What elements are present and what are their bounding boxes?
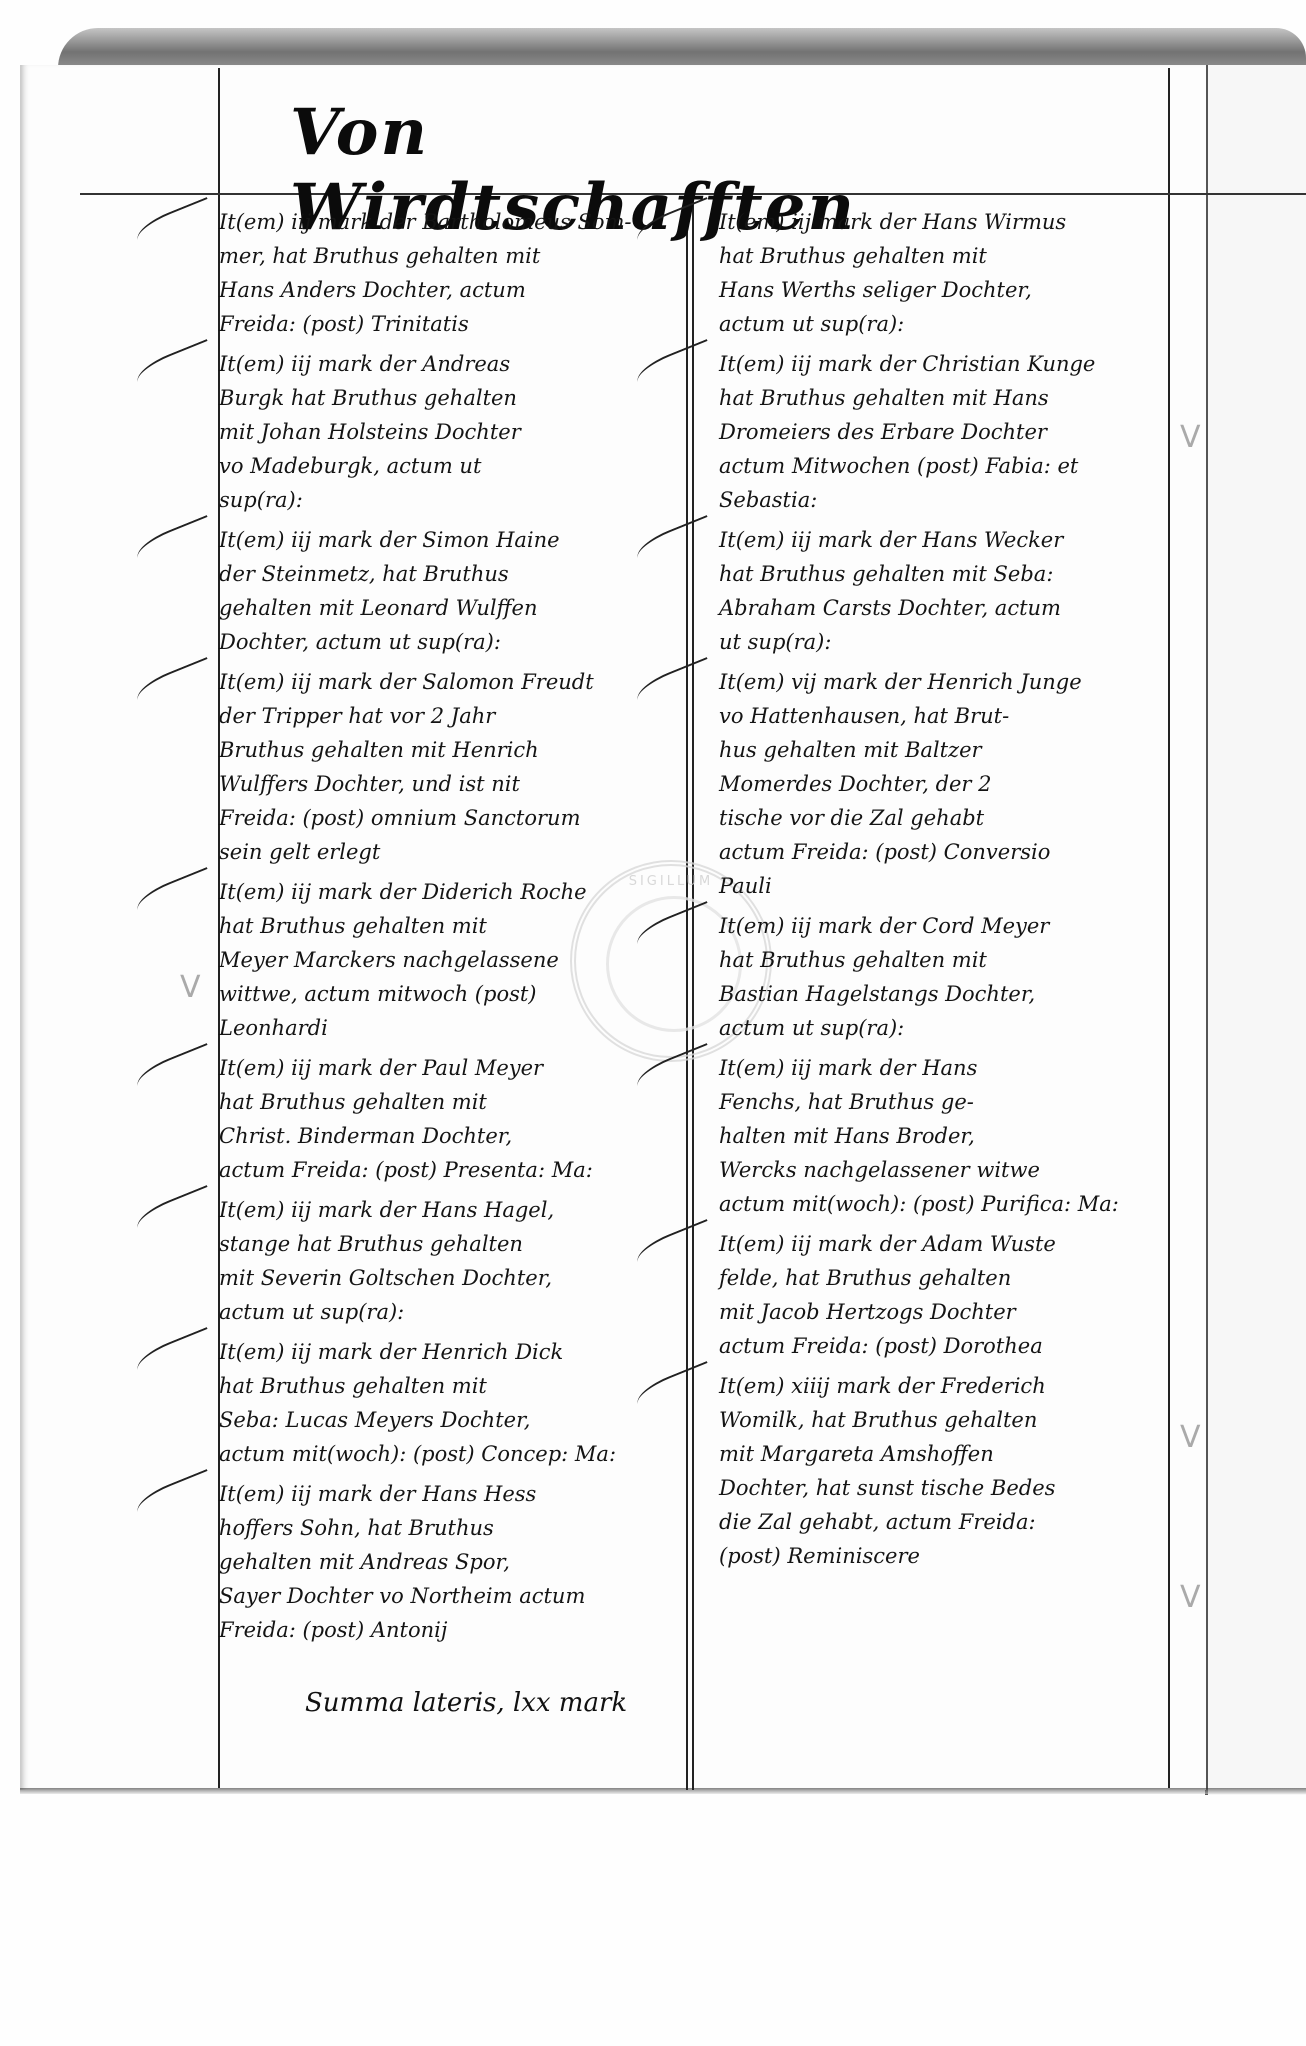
ledger-entry: It(em) iij mark der Christian Kunge hat … bbox=[705, 347, 1175, 517]
entry-line: actum Freida: (post) Dorothea bbox=[705, 1329, 1175, 1363]
entry-line: vo Hattenhausen, hat Brut- bbox=[705, 699, 1175, 733]
ledger-entry: It(em) iij mark der Hans Wirmus hat Brut… bbox=[705, 205, 1175, 341]
entry-line: It(em) iij mark der Adam Wuste bbox=[705, 1227, 1175, 1261]
margin-tick-mark: V bbox=[1180, 1420, 1201, 1455]
entry-line: actum ut sup(ra): bbox=[705, 307, 1175, 341]
entry-line: It(em) iij mark der Diderich Roche bbox=[205, 875, 675, 909]
adjacent-page-edge bbox=[1205, 65, 1306, 1795]
entry-line: mit Severin Goltschen Dochter, bbox=[205, 1261, 675, 1295]
right-column: It(em) iij mark der Hans Wirmus hat Brut… bbox=[705, 205, 1175, 1579]
entry-line: actum Mitwochen (post) Fabia: et bbox=[705, 449, 1175, 483]
entry-line: It(em) iij mark der Hans Wecker bbox=[705, 523, 1175, 557]
entry-line: Sebastia: bbox=[705, 483, 1175, 517]
entry-line: actum Freida: (post) Conversio bbox=[705, 835, 1175, 869]
entry-line: actum Freida: (post) Presenta: Ma: bbox=[205, 1153, 675, 1187]
entry-line: Hans Anders Dochter, actum bbox=[205, 273, 675, 307]
ledger-entry: It(em) iij mark der Hans Fenchs, hat Bru… bbox=[705, 1051, 1175, 1221]
entry-line: It(em) iij mark der Paul Meyer bbox=[205, 1051, 675, 1085]
ledger-entry: It(em) iij mark der Henrich Dick hat Bru… bbox=[205, 1335, 675, 1471]
entry-line: stange hat Bruthus gehalten bbox=[205, 1227, 675, 1261]
ledger-entry: It(em) iij mark der Paul Meyer hat Bruth… bbox=[205, 1051, 675, 1187]
ledger-entry: It(em) iij mark der Hans Hagel, stange h… bbox=[205, 1193, 675, 1329]
entry-line: Womilk, hat Bruthus gehalten bbox=[705, 1403, 1175, 1437]
entry-line: hat Bruthus gehalten mit bbox=[205, 1369, 675, 1403]
page-bottom-shadow bbox=[20, 1788, 1306, 1794]
entry-line: Dromeiers des Erbare Dochter bbox=[705, 415, 1175, 449]
entry-line: hat Bruthus gehalten mit bbox=[705, 943, 1175, 977]
entry-line: sein gelt erlegt bbox=[205, 835, 675, 869]
entry-line: It(em) iij mark der Bartholomeus Som- bbox=[205, 205, 675, 239]
ledger-entry: It(em) iij mark der Diderich Roche hat B… bbox=[205, 875, 675, 1045]
page-total-summary: Summa lateris, lxx mark bbox=[305, 1688, 627, 1718]
entry-line: actum ut sup(ra): bbox=[205, 1295, 675, 1329]
entry-line: der Steinmetz, hat Bruthus bbox=[205, 557, 675, 591]
entry-line: It(em) iij mark der Hans bbox=[705, 1051, 1175, 1085]
ledger-entry: It(em) xiiij mark der Frederich Womilk, … bbox=[705, 1369, 1175, 1573]
entry-line: Meyer Marckers nachgelassene bbox=[205, 943, 675, 977]
entry-line: Leonhardi bbox=[205, 1011, 675, 1045]
book-top-edge bbox=[58, 28, 1306, 68]
entry-line: Bruthus gehalten mit Henrich bbox=[205, 733, 675, 767]
entry-line: gehalten mit Andreas Spor, bbox=[205, 1545, 675, 1579]
entry-line: Seba: Lucas Meyers Dochter, bbox=[205, 1403, 675, 1437]
left-column: It(em) iij mark der Bartholomeus Som- me… bbox=[205, 205, 675, 1653]
margin-tick-mark: V bbox=[180, 970, 201, 1005]
ledger-entry: It(em) iij mark der Simon Haine der Stei… bbox=[205, 523, 675, 659]
entry-line: It(em) iij mark der Salomon Freudt bbox=[205, 665, 675, 699]
margin-tick-mark: V bbox=[1180, 1580, 1201, 1615]
entry-line: hat Bruthus gehalten mit Seba: bbox=[705, 557, 1175, 591]
entry-line: halten mit Hans Broder, bbox=[705, 1119, 1175, 1153]
entry-line: der Tripper hat vor 2 Jahr bbox=[205, 699, 675, 733]
entry-line: Wulffers Dochter, und ist nit bbox=[205, 767, 675, 801]
entry-line: mit Margareta Amshoffen bbox=[705, 1437, 1175, 1471]
entry-line: Freida: (post) Antonij bbox=[205, 1613, 675, 1647]
entry-line: hus gehalten mit Baltzer bbox=[705, 733, 1175, 767]
ledger-entry: It(em) iij mark der Bartholomeus Som- me… bbox=[205, 205, 675, 341]
entry-line: It(em) iij mark der Hans Wirmus bbox=[705, 205, 1175, 239]
entry-line: actum mit(woch): (post) Purifica: Ma: bbox=[705, 1187, 1175, 1221]
ledger-entry: It(em) iij mark der Adam Wuste felde, ha… bbox=[705, 1227, 1175, 1363]
entry-line: tische vor die Zal gehabt bbox=[705, 801, 1175, 835]
margin-tick-mark: V bbox=[1180, 420, 1201, 455]
entry-line: Freida: (post) Trinitatis bbox=[205, 307, 675, 341]
entry-line: It(em) vij mark der Henrich Junge bbox=[705, 665, 1175, 699]
entry-line: Burgk hat Bruthus gehalten bbox=[205, 381, 675, 415]
entry-line: felde, hat Bruthus gehalten bbox=[705, 1261, 1175, 1295]
entry-line: hoffers Sohn, hat Bruthus bbox=[205, 1511, 675, 1545]
entry-line: hat Bruthus gehalten mit Hans bbox=[705, 381, 1175, 415]
entry-line: Wercks nachgelassener witwe bbox=[705, 1153, 1175, 1187]
entry-line: It(em) iij mark der Christian Kunge bbox=[705, 347, 1175, 381]
entry-line: Christ. Binderman Dochter, bbox=[205, 1119, 675, 1153]
entry-line: mer, hat Bruthus gehalten mit bbox=[205, 239, 675, 273]
entry-line: Momerdes Dochter, der 2 bbox=[705, 767, 1175, 801]
entry-line: mit Johan Holsteins Dochter bbox=[205, 415, 675, 449]
entry-line: Sayer Dochter vo Northeim actum bbox=[205, 1579, 675, 1613]
entry-line: mit Jacob Hertzogs Dochter bbox=[705, 1295, 1175, 1329]
entry-line: die Zal gehabt, actum Freida: bbox=[705, 1505, 1175, 1539]
entry-line: It(em) iij mark der Andreas bbox=[205, 347, 675, 381]
entry-line: Hans Werths seliger Dochter, bbox=[705, 273, 1175, 307]
entry-line: sup(ra): bbox=[205, 483, 675, 517]
entry-line: It(em) iij mark der Henrich Dick bbox=[205, 1335, 675, 1369]
entry-line: hat Bruthus gehalten mit bbox=[205, 1085, 675, 1119]
ledger-entry: It(em) iij mark der Andreas Burgk hat Br… bbox=[205, 347, 675, 517]
entry-line: It(em) iij mark der Hans Hess bbox=[205, 1477, 675, 1511]
entry-line: Abraham Carsts Dochter, actum bbox=[705, 591, 1175, 625]
entry-line: It(em) iij mark der Simon Haine bbox=[205, 523, 675, 557]
entry-line: actum ut sup(ra): bbox=[705, 1011, 1175, 1045]
entry-line: gehalten mit Leonard Wulffen bbox=[205, 591, 675, 625]
entry-line: Dochter, actum ut sup(ra): bbox=[205, 625, 675, 659]
entry-line: vo Madeburgk, actum ut bbox=[205, 449, 675, 483]
ledger-entry: It(em) iij mark der Hans Hess hoffers So… bbox=[205, 1477, 675, 1647]
entry-line: It(em) iij mark der Hans Hagel, bbox=[205, 1193, 675, 1227]
entry-line: Bastian Hagelstangs Dochter, bbox=[705, 977, 1175, 1011]
entry-line: Freida: (post) omnium Sanctorum bbox=[205, 801, 675, 835]
ledger-entry: It(em) vij mark der Henrich Junge vo Hat… bbox=[705, 665, 1175, 903]
entry-line: Fenchs, hat Bruthus ge- bbox=[705, 1085, 1175, 1119]
ledger-entry: It(em) iij mark der Salomon Freudt der T… bbox=[205, 665, 675, 869]
entry-line: It(em) iij mark der Cord Meyer bbox=[705, 909, 1175, 943]
ledger-entry: It(em) iij mark der Cord Meyer hat Bruth… bbox=[705, 909, 1175, 1045]
entry-line: It(em) xiiij mark der Frederich bbox=[705, 1369, 1175, 1403]
entry-line: Dochter, hat sunst tische Bedes bbox=[705, 1471, 1175, 1505]
entry-line: (post) Reminiscere bbox=[705, 1539, 1175, 1573]
ledger-entry: It(em) iij mark der Hans Wecker hat Brut… bbox=[705, 523, 1175, 659]
entry-line: hat Bruthus gehalten mit bbox=[705, 239, 1175, 273]
entry-line: ut sup(ra): bbox=[705, 625, 1175, 659]
entry-line: actum mit(woch): (post) Concep: Ma: bbox=[205, 1437, 675, 1471]
entry-line: hat Bruthus gehalten mit bbox=[205, 909, 675, 943]
entry-line: wittwe, actum mitwoch (post) bbox=[205, 977, 675, 1011]
entry-line: Pauli bbox=[705, 869, 1175, 903]
